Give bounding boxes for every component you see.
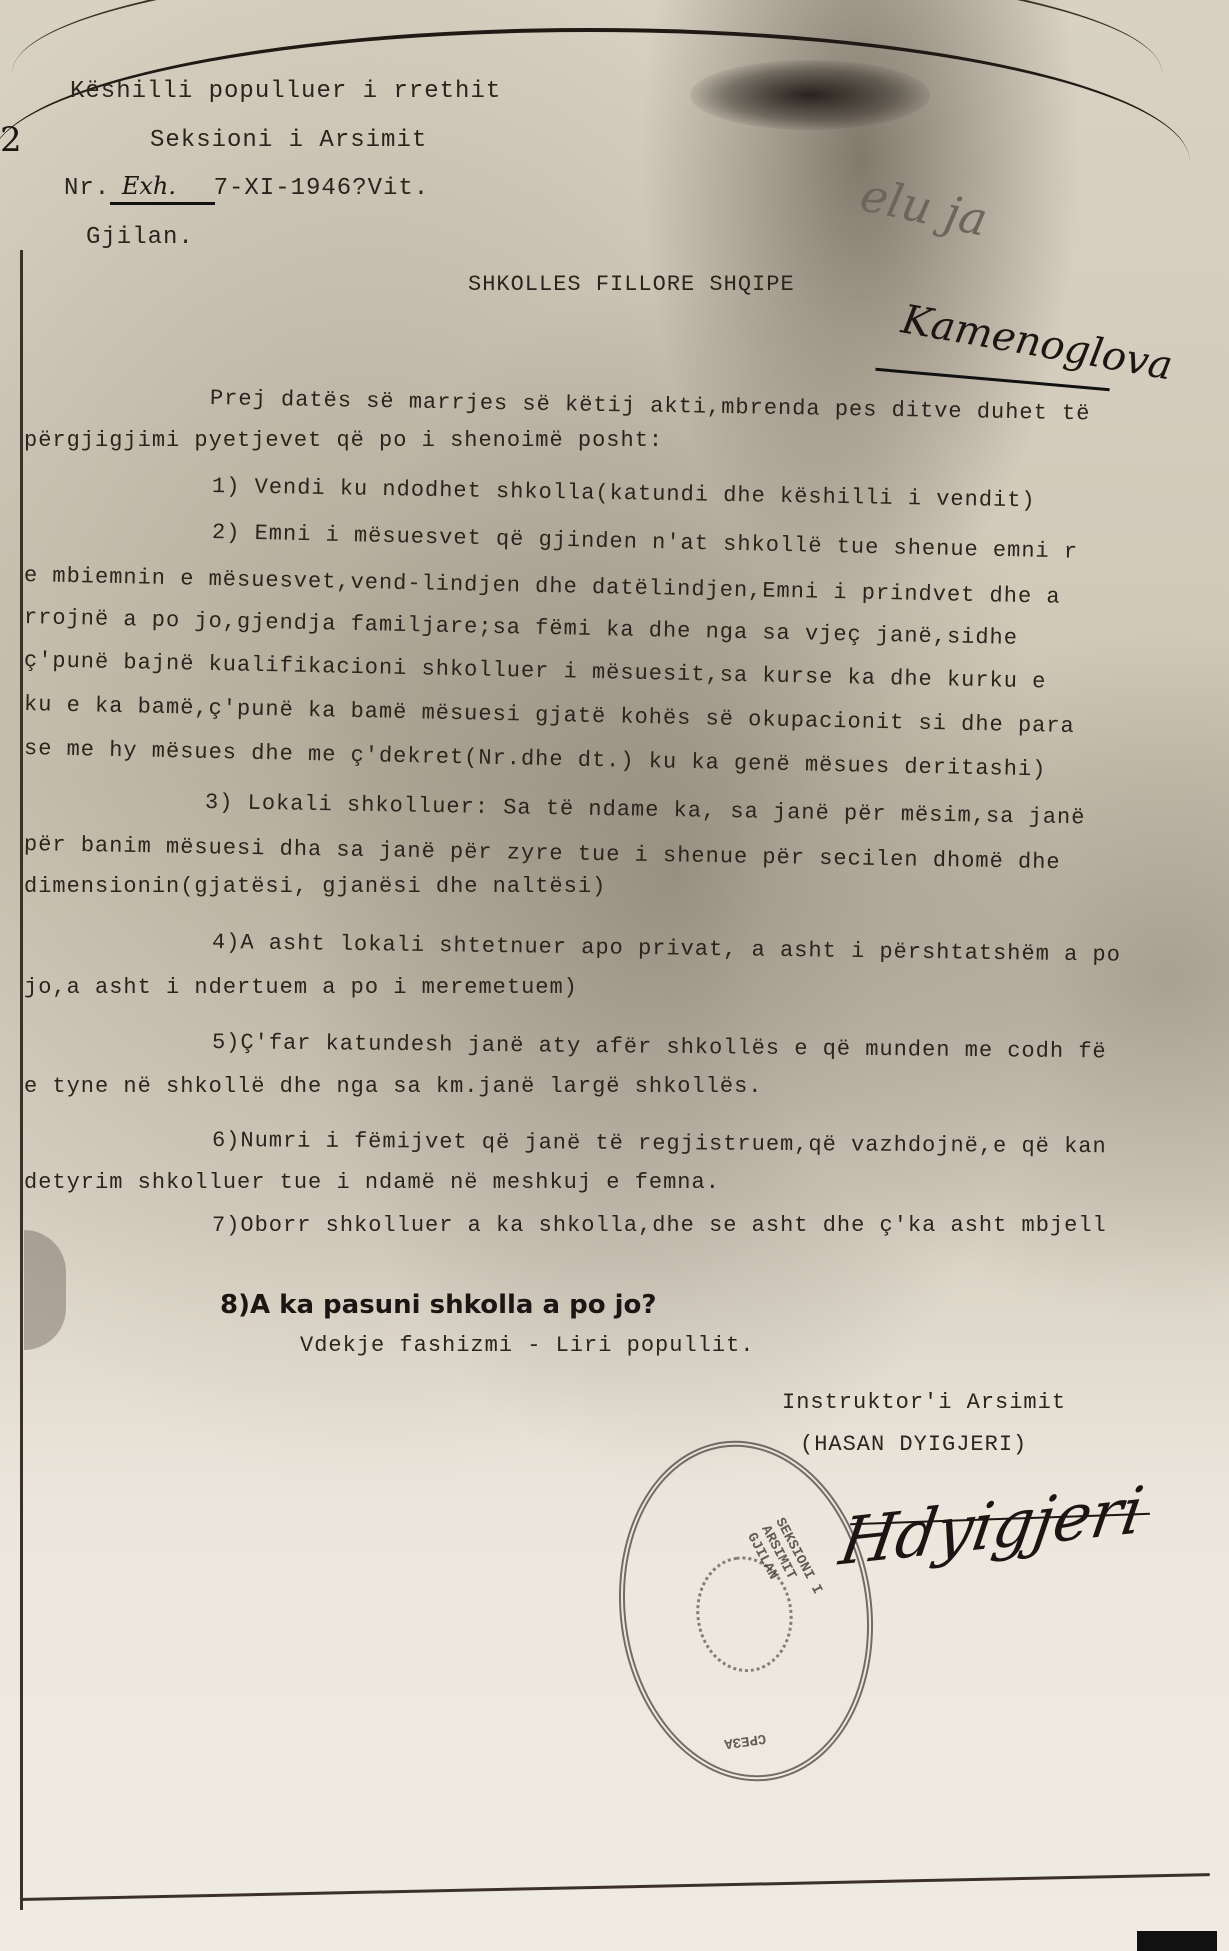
margin-page-number: 2 — [0, 120, 22, 160]
nr-handwritten: Exh. — [122, 172, 176, 200]
nr-underline — [110, 202, 215, 205]
question-7: 7)Oborr shkolluer a ka shkolla,dhe se as… — [212, 1213, 1107, 1238]
reference-line: Nr. Exh. 7-XI-1946?Vit. — [64, 172, 429, 202]
signatory-role: Instruktor'i Arsimit — [782, 1390, 1066, 1415]
ink-smudge — [690, 60, 930, 130]
intro-line-2: përgjigjimi pyetjevet që po i shenoimë p… — [24, 428, 663, 453]
document-title: SHKOLLES FILLORE SHQIPE — [468, 272, 795, 297]
question-4-line-2: jo,a asht i ndertuem a po i meremetuem) — [24, 975, 578, 1000]
place-name: Gjilan. — [86, 224, 194, 251]
stamp-bottom-text: СРЕЗА — [723, 1730, 767, 1752]
question-8-handwritten: 8)A ka pasuni shkolla a po jo? — [220, 1290, 657, 1320]
council-name: Këshilli populluer i rrethit — [70, 78, 501, 105]
question-3-line-3: dimensionin(gjatësi, gjanësi dhe naltësi… — [24, 874, 606, 899]
section-name: Seksioni i Arsimit — [150, 127, 427, 154]
signatory-name: (HASAN DYIGJERI) — [800, 1432, 1027, 1457]
closing-slogan: Vdekje fashizmi - Liri popullit. — [300, 1333, 754, 1358]
question-5-line-2: e tyne në shkollë dhe nga sa km.janë lar… — [24, 1074, 763, 1099]
book-spine-shadow — [1137, 1931, 1217, 1951]
nr-label: Nr. — [64, 175, 110, 202]
document-date: 7-XI-1946?Vit. — [214, 175, 430, 202]
question-6-line-2: detyrim shkolluer tue i ndamë në meshkuj… — [24, 1170, 720, 1195]
document-left-border — [20, 250, 23, 1910]
